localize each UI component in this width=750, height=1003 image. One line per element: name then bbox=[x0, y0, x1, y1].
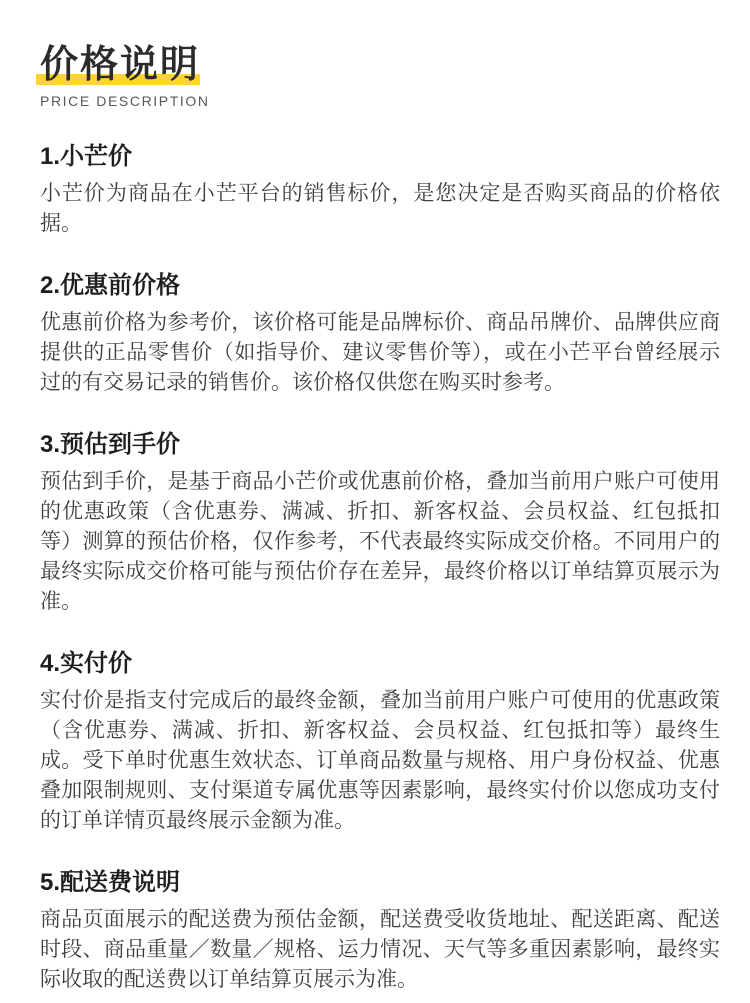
price-description-page: 价格说明 PRICE DESCRIPTION 1.小芒价 小芒价为商品在小芒平台… bbox=[0, 0, 750, 1003]
section-body: 实付价是指支付完成后的最终金额，叠加当前用户账户可使用的优惠政策（含优惠券、满减… bbox=[40, 686, 720, 836]
section-body: 预估到手价，是基于商品小芒价或优惠前价格，叠加当前用户账户可使用的优惠政策（含优… bbox=[40, 467, 720, 617]
section-body: 小芒价为商品在小芒平台的销售标价，是您决定是否购买商品的价格依据。 bbox=[40, 179, 720, 239]
page-subtitle: PRICE DESCRIPTION bbox=[40, 93, 720, 110]
section-body: 优惠前价格为参考价，该价格可能是品牌标价、商品吊牌价、品牌供应商提供的正品零售价… bbox=[40, 308, 720, 398]
section-xiaomang-price: 1.小芒价 小芒价为商品在小芒平台的销售标价，是您决定是否购买商品的价格依据。 bbox=[40, 142, 720, 239]
section-actual-payment-price: 4.实付价 实付价是指支付完成后的最终金额，叠加当前用户账户可使用的优惠政策（含… bbox=[40, 649, 720, 836]
section-delivery-fee: 5.配送费说明 商品页面展示的配送费为预估金额，配送费受收货地址、配送距离、配送… bbox=[40, 868, 720, 995]
section-estimated-price: 3.预估到手价 预估到手价，是基于商品小芒价或优惠前价格，叠加当前用户账户可使用… bbox=[40, 430, 720, 617]
section-heading: 3.预估到手价 bbox=[40, 430, 720, 459]
section-body: 商品页面展示的配送费为预估金额，配送费受收货地址、配送距离、配送时段、商品重量／… bbox=[40, 905, 720, 995]
section-heading: 4.实付价 bbox=[40, 649, 720, 678]
section-pre-discount-price: 2.优惠前价格 优惠前价格为参考价，该价格可能是品牌标价、商品吊牌价、品牌供应商… bbox=[40, 271, 720, 398]
section-heading: 5.配送费说明 bbox=[40, 868, 720, 897]
section-heading: 2.优惠前价格 bbox=[40, 271, 720, 300]
section-heading: 1.小芒价 bbox=[40, 142, 720, 171]
page-header: 价格说明 PRICE DESCRIPTION bbox=[40, 42, 720, 110]
page-title: 价格说明 bbox=[40, 42, 200, 88]
